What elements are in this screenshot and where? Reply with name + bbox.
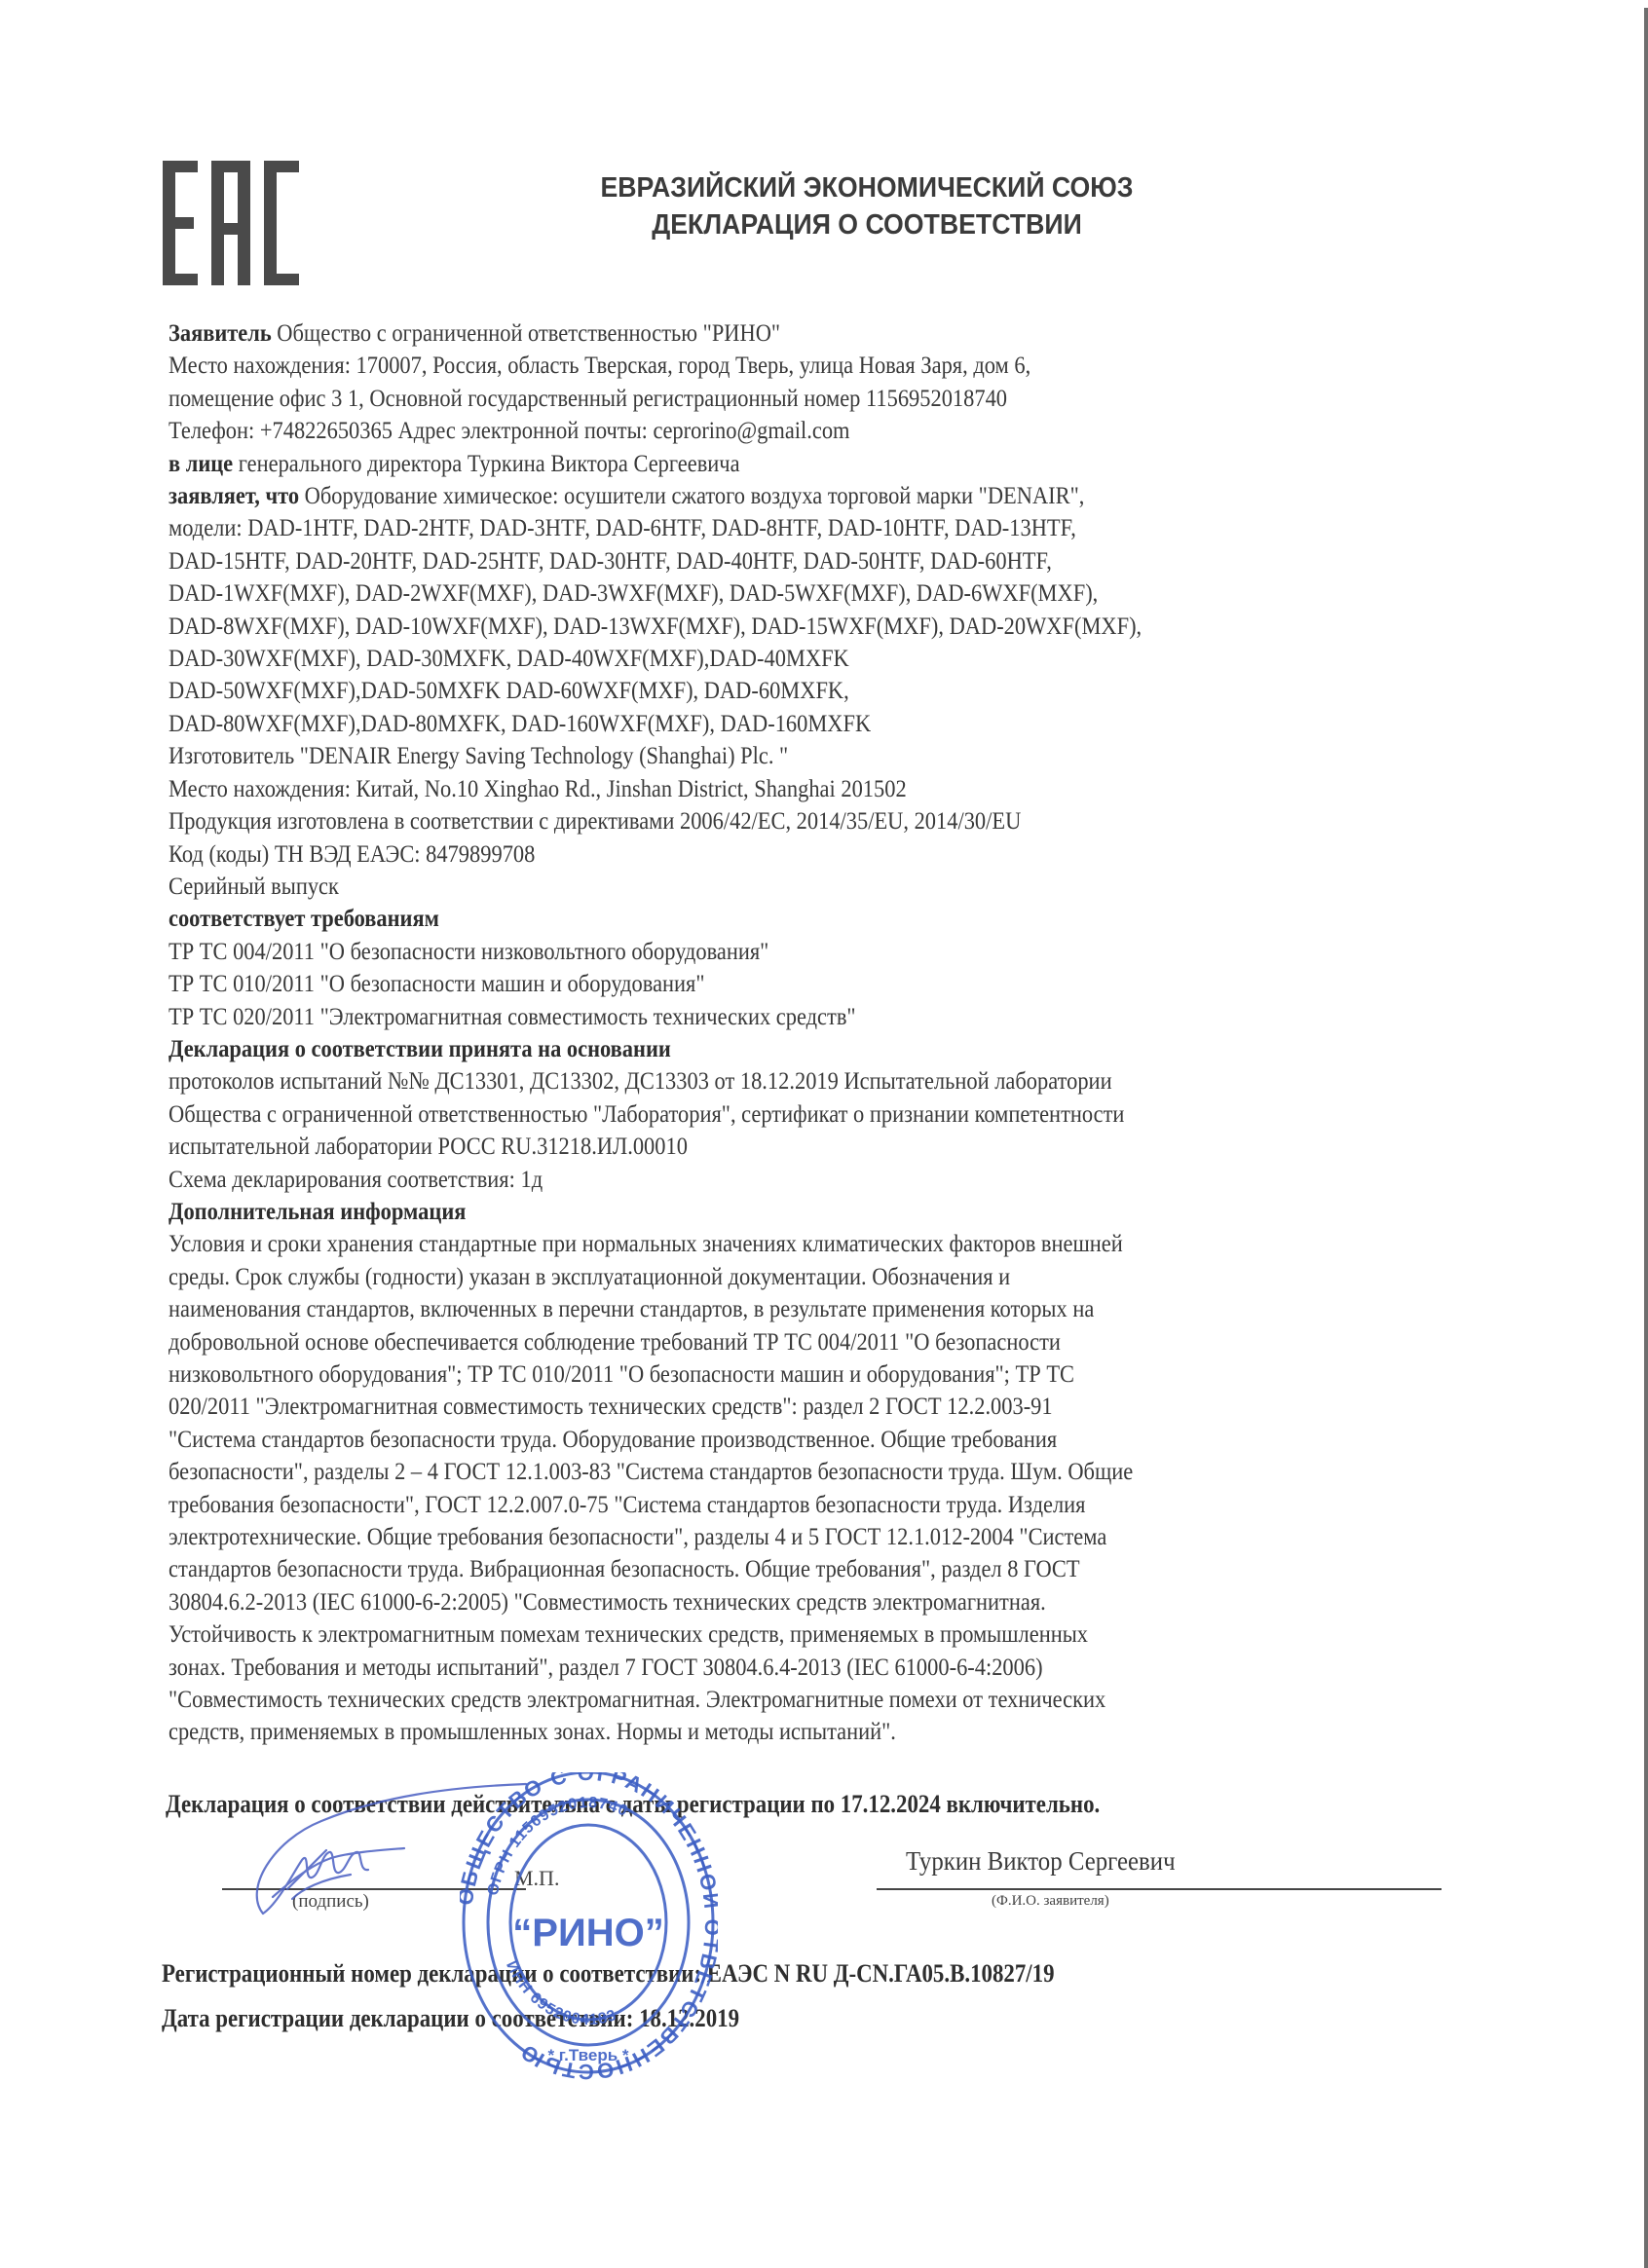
- additional-info-line: требования безопасности", ГОСТ 12.2.007.…: [169, 1488, 1317, 1520]
- additional-info-line: 30804.6.2-2013 (IEC 61000-6-2:2005) "Сов…: [169, 1585, 1317, 1617]
- signer-name-caption: (Ф.И.О. заявителя): [992, 1893, 1109, 1910]
- additional-info-line: средств, применяемых в промышленных зона…: [169, 1715, 1317, 1747]
- additional-info-line: зонах. Требования и методы испытаний", р…: [169, 1651, 1317, 1683]
- requirements-heading: соответствует требованиям: [169, 902, 1317, 934]
- scan-page-edge: [1644, 8, 1648, 2268]
- additional-info-line: добровольной основе обеспечивается соблю…: [169, 1325, 1317, 1357]
- hs-code: Код (коды) ТН ВЭД ЕАЭС: 8479899708: [169, 837, 1317, 870]
- declaration-scheme: Схема декларирования соответствия: 1д: [169, 1163, 1317, 1195]
- release-type: Серийный выпуск: [169, 870, 1317, 902]
- applicant-label: Заявитель: [169, 318, 272, 347]
- seal-placeholder-label: М.П.: [514, 1866, 559, 1891]
- signer-name-line: [877, 1888, 1442, 1890]
- declaration-body: Заявитель Общество с ограниченной ответс…: [169, 316, 1317, 1748]
- additional-info-line: Устойчивость к электромагнитным помехам …: [169, 1617, 1317, 1650]
- represented-by: генерального директора Туркина Виктора С…: [239, 449, 740, 477]
- stamp-center-text: “РИНО”: [512, 1912, 663, 1954]
- models-line: DAD-50WXF(MXF),DAD-50MXFK DAD-60WXF(MXF)…: [169, 674, 1317, 706]
- additional-info-line: наименования стандартов, включенных в пе…: [169, 1292, 1317, 1324]
- models-line: DAD-80WXF(MXF),DAD-80MXFK, DAD-160WXF(MX…: [169, 707, 1317, 739]
- additional-info-line: безопасности", разделы 2 – 4 ГОСТ 12.1.0…: [169, 1455, 1317, 1487]
- additional-info-line: низковольтного оборудования"; ТР ТС 010/…: [169, 1357, 1317, 1390]
- requirement-item: ТР ТС 004/2011 "О безопасности низковоль…: [169, 935, 1317, 967]
- models-line: DAD-15HTF, DAD-20HTF, DAD-25HTF, DAD-30H…: [169, 544, 1317, 576]
- models-line: DAD-30WXF(MXF), DAD-30MXFK, DAD-40WXF(MX…: [169, 642, 1317, 674]
- additional-info-line: электротехнические. Общие требования без…: [169, 1520, 1317, 1552]
- additional-info-line: среды. Срок службы (годности) указан в э…: [169, 1260, 1317, 1292]
- signature-line: [222, 1888, 526, 1890]
- manufacturer-address: Место нахождения: Китай, No.10 Xinghao R…: [169, 772, 1317, 804]
- registration-number: Регистрационный номер декларации о соотв…: [162, 1959, 1055, 1989]
- additional-info-line: стандартов безопасности труда. Вибрацион…: [169, 1552, 1317, 1584]
- represented-line: в лице генерального директора Туркина Ви…: [169, 447, 1317, 479]
- declares-line: заявляет, что Оборудование химическое: о…: [169, 479, 1317, 511]
- applicant-line: Заявитель Общество с ограниченной ответс…: [169, 316, 1317, 349]
- directives: Продукция изготовлена в соответствии с д…: [169, 804, 1317, 837]
- basis-line: испытательной лаборатории РОСС RU.31218.…: [169, 1130, 1317, 1162]
- models-line: DAD-1WXF(MXF), DAD-2WXF(MXF), DAD-3WXF(M…: [169, 576, 1317, 609]
- models-line: модели: DAD-1HTF, DAD-2HTF, DAD-3HTF, DA…: [169, 511, 1317, 543]
- header-declaration-title: ДЕКЛАРАЦИЯ О СООТВЕТСТВИИ: [553, 206, 1180, 243]
- models-line: DAD-8WXF(MXF), DAD-10WXF(MXF), DAD-13WXF…: [169, 610, 1317, 642]
- requirement-item: ТР ТС 020/2011 "Электромагнитная совмест…: [169, 1000, 1317, 1032]
- additional-info-line: "Совместимость технических средств элект…: [169, 1683, 1317, 1715]
- requirement-item: ТР ТС 010/2011 "О безопасности машин и о…: [169, 967, 1317, 999]
- product-description: Оборудование химическое: осушители сжато…: [305, 481, 1085, 509]
- manufacturer: Изготовитель "DENAIR Energy Saving Techn…: [169, 739, 1317, 771]
- eac-mark-icon: [163, 161, 299, 285]
- applicant-address-line-2: помещение офис 3 1, Основной государстве…: [169, 382, 1317, 414]
- document-header: ЕВРАЗИЙСКИЙ ЭКОНОМИЧЕСКИЙ СОЮЗ ДЕКЛАРАЦИ…: [553, 169, 1180, 243]
- declares-label: заявляет, что: [169, 481, 299, 509]
- additional-info-line: 020/2011 "Электромагнитная совместимость…: [169, 1390, 1317, 1422]
- applicant-address-line-1: Место нахождения: 170007, Россия, област…: [169, 349, 1317, 381]
- basis-line: протоколов испытаний №№ ДС13301, ДС13302…: [169, 1064, 1317, 1097]
- additional-info-line: Условия и сроки хранения стандартные при…: [169, 1227, 1317, 1259]
- applicant-name: Общество с ограниченной ответственностью…: [277, 318, 780, 347]
- additional-info-heading: Дополнительная информация: [169, 1195, 1317, 1227]
- basis-heading: Декларация о соответствии принята на осн…: [169, 1032, 1317, 1064]
- signer-name: Туркин Виктор Сергеевич: [906, 1846, 1176, 1877]
- registration-date: Дата регистрации декларации о соответств…: [162, 2004, 739, 2033]
- basis-line: Общества с ограниченной ответственностью…: [169, 1097, 1317, 1130]
- additional-info-line: "Система стандартов безопасности труда. …: [169, 1423, 1317, 1455]
- represented-label: в лице: [169, 449, 233, 477]
- validity-statement: Декларация о соответствии действительна …: [166, 1790, 1100, 1819]
- applicant-contacts: Телефон: +74822650365 Адрес электронной …: [169, 414, 1317, 446]
- signature-caption: (подпись): [292, 1891, 369, 1913]
- header-union-title: ЕВРАЗИЙСКИЙ ЭКОНОМИЧЕСКИЙ СОЮЗ: [553, 169, 1180, 206]
- stamp-city-text: * г.Тверь *: [547, 2046, 628, 2064]
